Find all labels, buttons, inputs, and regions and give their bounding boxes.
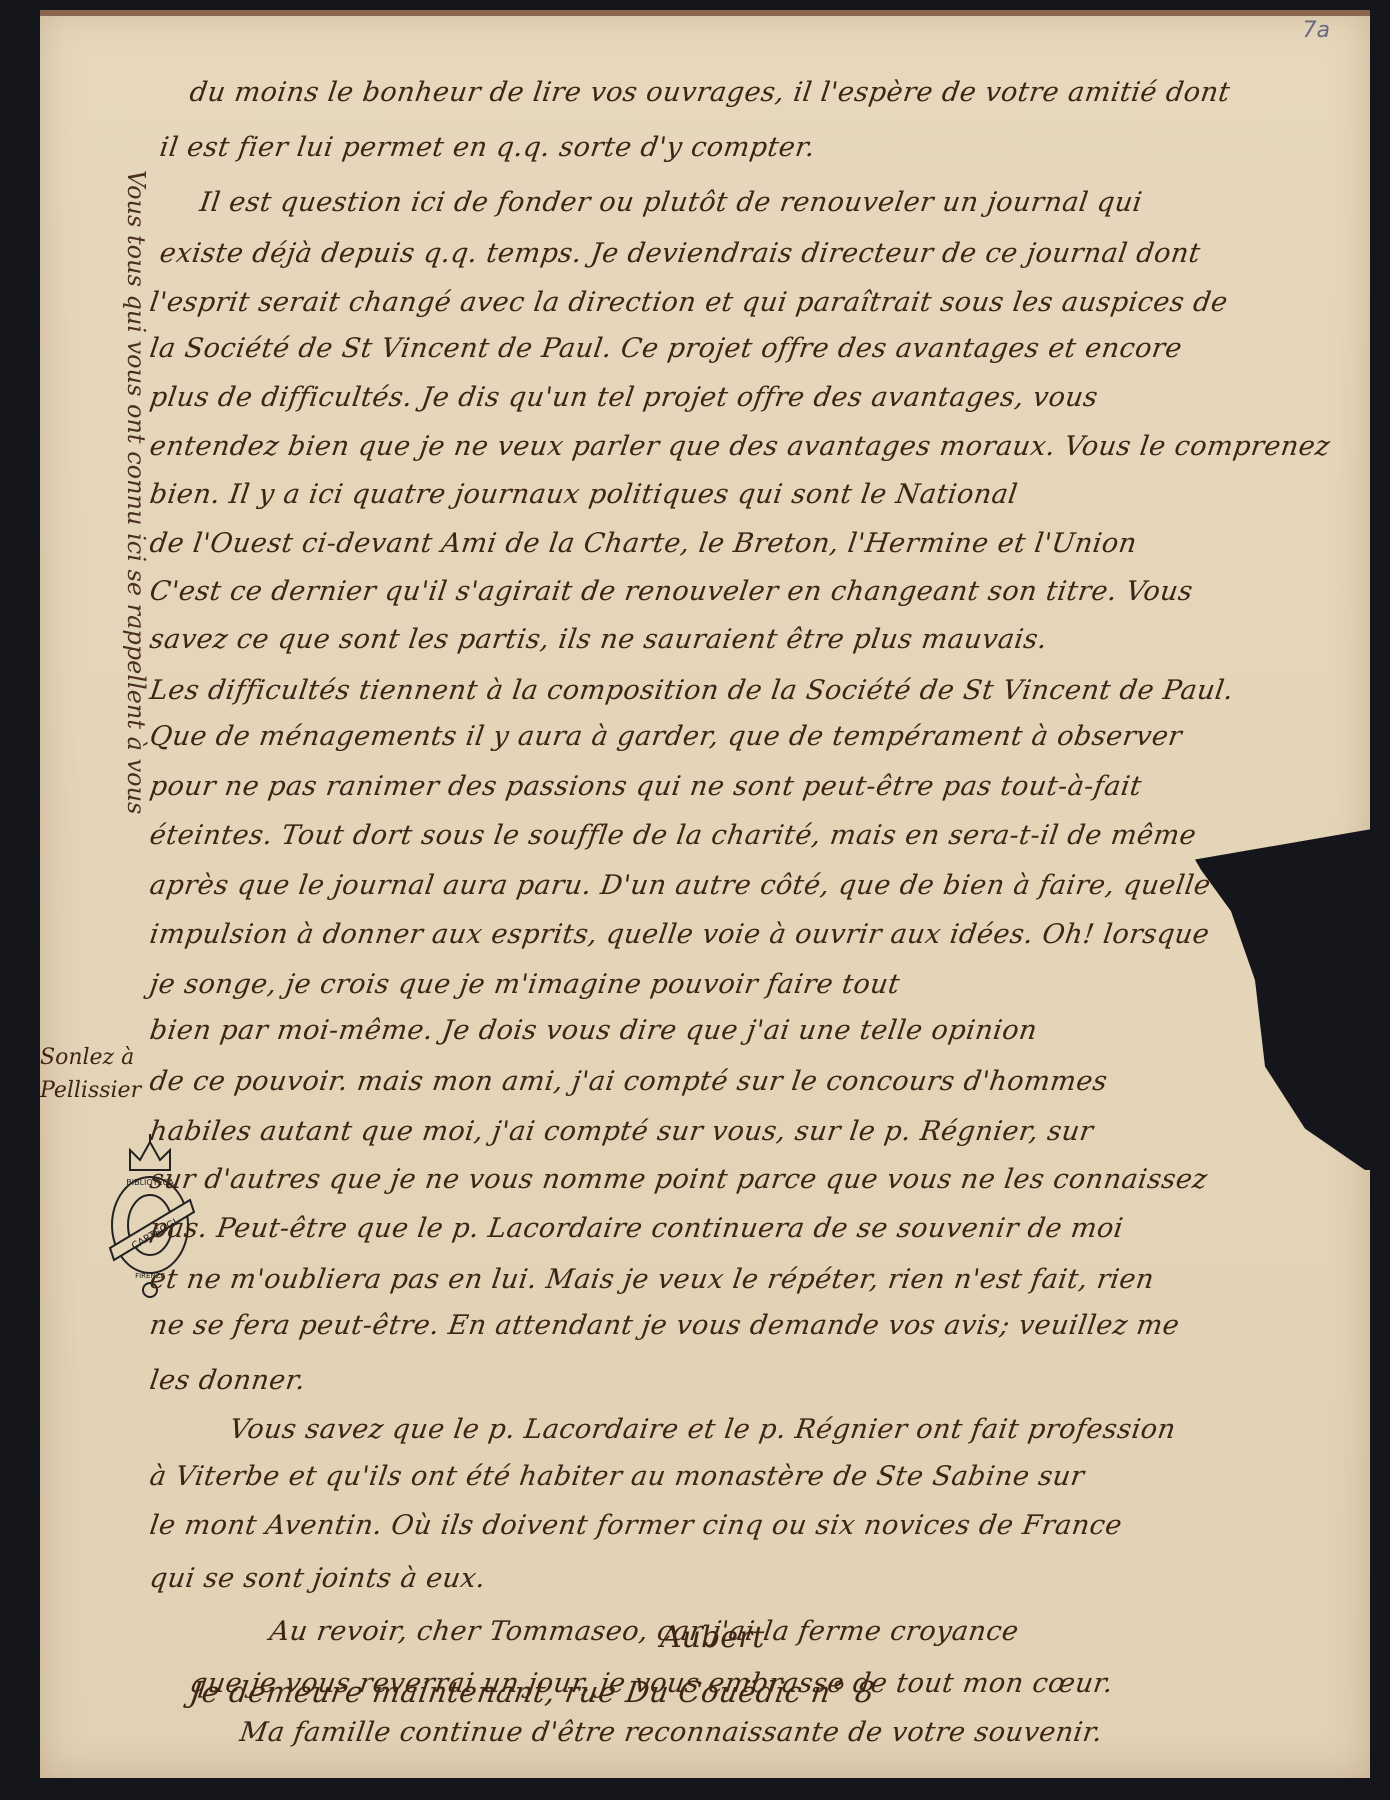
letter-line: les donner. — [148, 1365, 308, 1396]
letter-line: et ne m'oubliera pas en lui. Mais je veu… — [148, 1264, 1156, 1295]
letter-line: le mont Aventin. Où ils doivent former c… — [148, 1510, 1124, 1541]
letter-line: bien par moi-même. Je dois vous dire que… — [148, 1015, 1039, 1046]
letter-line: Les difficultés tiennent à la compositio… — [148, 675, 1236, 706]
letter-line: pour ne pas ranimer des passions qui ne … — [148, 771, 1144, 802]
letter-line: de ce pouvoir. mais mon ami, j'ai compté… — [148, 1066, 1110, 1097]
letter-line: habiles autant que moi, j'ai compté sur … — [148, 1116, 1096, 1147]
letter-line: il est fier lui permet en q.q. sorte d'y… — [158, 132, 817, 163]
margin-note-line-1: Sonlez à — [40, 1045, 134, 1070]
letter-line: Vous savez que le p. Lacordaire et le p.… — [228, 1414, 1178, 1445]
letter-line: Il est question ici de fonder ou plutôt … — [198, 187, 1144, 218]
letter-line: je songe, je crois que je m'imagine pouv… — [148, 969, 902, 1000]
letter-line: impulsion à donner aux esprits, quelle v… — [148, 919, 1212, 950]
letter-line: la Société de St Vincent de Paul. Ce pro… — [148, 333, 1184, 364]
letter-line: éteintes. Tout dort sous le souffle de l… — [148, 820, 1199, 851]
margin-vertical-text: Vous tous qui vous ont connu ici se rapp… — [122, 170, 150, 814]
letter-line: entendez bien que je ne veux parler que … — [148, 431, 1332, 462]
letter-line: ne se fera peut-être. En attendant je vo… — [148, 1310, 1182, 1341]
letter-line: à Viterbe et qu'ils ont été habiter au m… — [148, 1461, 1087, 1492]
letter-line: Au revoir, cher Tommaseo, car j'ai la fe… — [268, 1616, 1021, 1647]
letter-line: plus de difficultés. Je dis qu'un tel pr… — [148, 382, 1100, 413]
letter-line: du moins le bonheur de lire vos ouvrages… — [188, 77, 1232, 108]
letter-line: que je vous reverrai un jour, je vous em… — [188, 1668, 1115, 1699]
letter-line: Ma famille continue d'être reconnaissant… — [238, 1717, 1105, 1748]
page-top-edge — [40, 10, 1370, 16]
letter-line: l'esprit serait changé avec la direction… — [148, 287, 1230, 318]
letter-line: existe déjà depuis q.q. temps. Je devien… — [158, 238, 1203, 269]
letter-page: 7a Vous tous qui vous ont connu ici se r… — [40, 10, 1370, 1778]
letter-line: après que le journal aura paru. D'un aut… — [148, 870, 1213, 901]
letter-line: Que de ménagements il y aura à garder, q… — [148, 721, 1184, 752]
letter-line: sur d'autres que je ne vous nomme point … — [148, 1164, 1210, 1195]
letter-line: de l'Ouest ci-devant Ami de la Charte, l… — [148, 528, 1139, 559]
letter-line: pas. Peut-être que le p. Lacordaire cont… — [148, 1213, 1125, 1244]
margin-note-line-2: Pellissier — [40, 1078, 141, 1103]
folio-number: 7a — [1303, 18, 1330, 43]
letter-line: C'est ce dernier qu'il s'agirait de reno… — [148, 576, 1195, 607]
letter-line: savez ce que sont les partis, ils ne sau… — [148, 624, 1050, 655]
letter-line: qui se sont joints à eux. — [148, 1563, 488, 1594]
letter-line: bien. Il y a ici quatre journaux politiq… — [148, 479, 1020, 510]
